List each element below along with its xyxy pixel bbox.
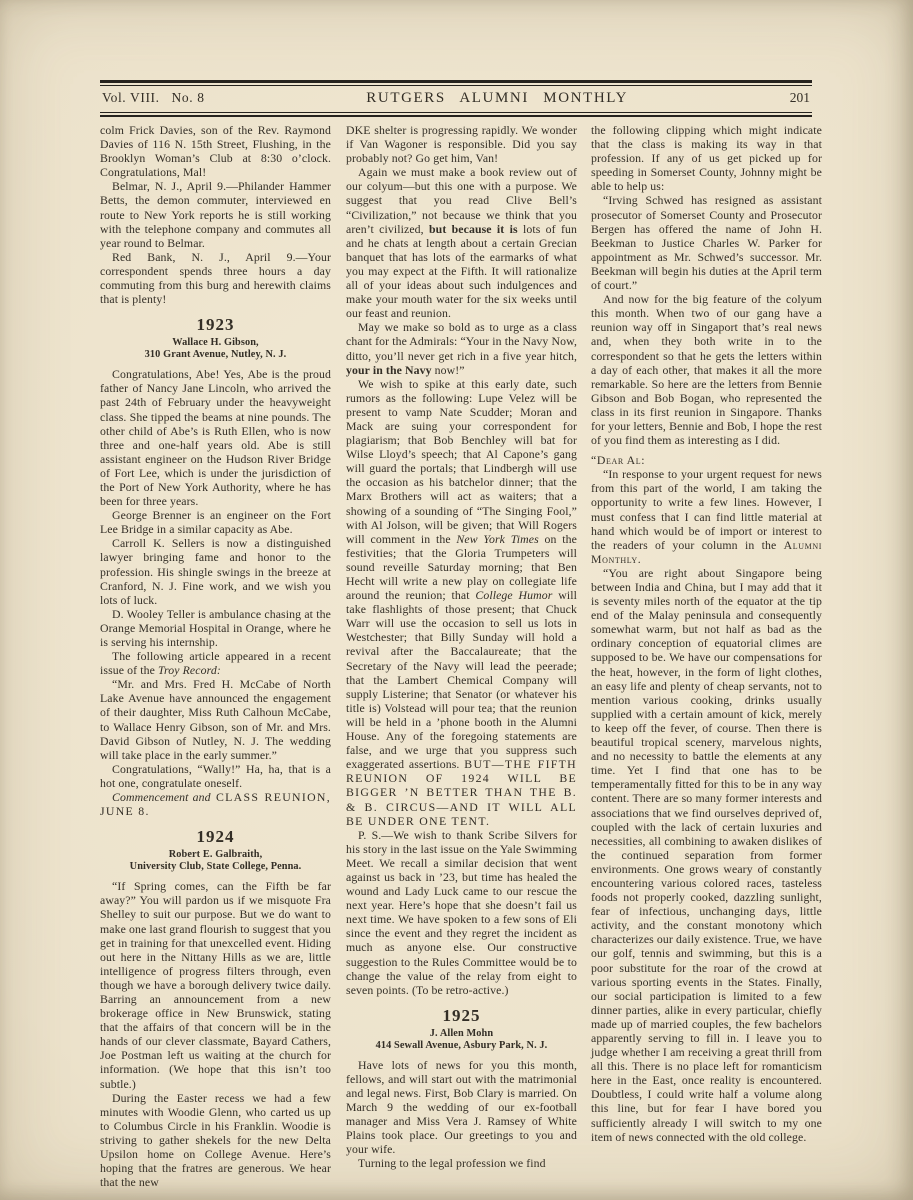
paragraph: D. Wooley Teller is ambulance chasing at… <box>100 607 331 649</box>
text-run: Have lots of news for you this month, fe… <box>346 1058 577 1157</box>
header-rule-thin-bottom <box>100 112 812 113</box>
text-run: “Dear Al: <box>591 453 645 467</box>
paragraph: Commencement and CLASS REUNION, JUNE 8. <box>100 790 331 818</box>
text-run: DKE shelter is progressing rapidly. We w… <box>346 123 577 165</box>
text-run: Congratulations, Abe! Yes, Abe is the pr… <box>100 367 331 508</box>
paragraph: “If Spring comes, can the Fifth be far a… <box>100 879 331 1090</box>
column-2: DKE shelter is progressing rapidly. We w… <box>346 123 577 1171</box>
text-run: Belmar, N. J., April 9.—Philander Hammer… <box>100 179 331 249</box>
text-run: “You are right about Singapore being bet… <box>591 566 822 1144</box>
paragraph: Turning to the legal profession we find <box>346 1156 577 1170</box>
paragraph: “You are right about Singapore being bet… <box>591 566 822 1144</box>
paragraph: “Dear Al: <box>591 453 822 467</box>
text-run: And now for the big feature of the colyu… <box>591 292 822 447</box>
text-run: Congratulations, “Wally!” Ha, ha, that i… <box>100 762 331 790</box>
paragraph: P. S.—We wish to thank Scribe Silvers fo… <box>346 828 577 997</box>
paragraph: The following article appeared in a rece… <box>100 649 331 677</box>
class-year-heading: 1925 <box>346 1006 577 1025</box>
paragraph: Again we must make a book review out of … <box>346 165 577 320</box>
paragraph: George Brenner is an engineer on the For… <box>100 508 331 536</box>
text-run: New York Times <box>456 532 538 546</box>
text-run: lots of fun and he chats at length about… <box>346 222 577 321</box>
text-run: P. S.—We wish to thank Scribe Silvers fo… <box>346 828 577 997</box>
text-run: College Humor <box>475 588 552 602</box>
text-run: We wish to spike at this early date, suc… <box>346 377 577 546</box>
paragraph: DKE shelter is progressing rapidly. We w… <box>346 123 577 165</box>
paragraph: And now for the big feature of the colyu… <box>591 292 822 447</box>
paragraph: Red Bank, N. J., April 9.—Your correspon… <box>100 250 331 306</box>
text-run: your in the Navy <box>346 363 432 377</box>
column-1: colm Frick Davies, son of the Rev. Raymo… <box>100 123 331 1189</box>
paragraph: Congratulations, Abe! Yes, Abe is the pr… <box>100 367 331 508</box>
text-run: Carroll K. Sellers is now a distinguishe… <box>100 536 331 606</box>
paragraph: May we make so bold as to urge as a clas… <box>346 320 577 376</box>
class-secretary-name: Wallace H. Gibson, <box>100 337 331 349</box>
class-secretary-address: 414 Sewall Avenue, Asbury Park, N. J. <box>346 1040 577 1052</box>
text-run: Commencement and <box>112 790 211 804</box>
paragraph: colm Frick Davies, son of the Rev. Raymo… <box>100 123 331 179</box>
class-secretary-name: Robert E. Galbraith, <box>100 849 331 861</box>
column-3: the following clipping which might indic… <box>591 123 822 1144</box>
page-header: Vol. VIII. No. 8 RUTGERS ALUMNI MONTHLY … <box>100 80 812 117</box>
magazine-page: { "header": { "volume": "Vol. VIII. No. … <box>0 0 913 1200</box>
text-run: will take flashlights of those present; … <box>346 588 577 771</box>
paragraph: During the Easter recess we had a few mi… <box>100 1091 331 1190</box>
text-run: colm Frick Davies, son of the Rev. Raymo… <box>100 123 331 179</box>
text-run: Turning to the legal profession we find <box>358 1156 546 1170</box>
paragraph: We wish to spike at this early date, suc… <box>346 377 577 828</box>
class-year-heading: 1923 <box>100 315 331 334</box>
text-run: the following clipping which might indic… <box>591 123 822 193</box>
text-run: Troy Record: <box>158 663 221 677</box>
text-run: May we make so bold as to urge as a clas… <box>346 320 577 362</box>
paragraph: “Irving Schwed has resigned as assistant… <box>591 193 822 292</box>
text-run: George Brenner is an engineer on the For… <box>100 508 331 536</box>
text-run: . <box>638 552 641 566</box>
header-rule-thick-bottom <box>100 115 812 117</box>
paragraph: Congratulations, “Wally!” Ha, ha, that i… <box>100 762 331 790</box>
class-secretary-name: J. Allen Mohn <box>346 1028 577 1040</box>
class-secretary-address: 310 Grant Avenue, Nutley, N. J. <box>100 349 331 361</box>
class-year-heading: 1924 <box>100 827 331 846</box>
text-run: “Irving Schwed has resigned as assistant… <box>591 193 822 292</box>
header-row: Vol. VIII. No. 8 RUTGERS ALUMNI MONTHLY … <box>100 86 812 112</box>
header-rule-thick-top <box>100 80 812 83</box>
paragraph: “Mr. and Mrs. Fred H. McCabe of North La… <box>100 677 331 762</box>
text-run: “Mr. and Mrs. Fred H. McCabe of North La… <box>100 677 331 761</box>
text-run: Red Bank, N. J., April 9.—Your correspon… <box>100 250 331 306</box>
class-secretary-address: University Club, State College, Penna. <box>100 861 331 873</box>
text-run: now!” <box>432 363 465 377</box>
page-number: 201 <box>790 90 810 106</box>
paragraph: Belmar, N. J., April 9.—Philander Hammer… <box>100 179 331 249</box>
text-run: D. Wooley Teller is ambulance chasing at… <box>100 607 331 649</box>
text-run: “If Spring comes, can the Fifth be far a… <box>100 879 331 1090</box>
paragraph: “In response to your urgent request for … <box>591 467 822 566</box>
publication-title: RUTGERS ALUMNI MONTHLY <box>366 90 628 107</box>
paragraph: Have lots of news for you this month, fe… <box>346 1058 577 1157</box>
text-run: During the Easter recess we had a few mi… <box>100 1091 331 1190</box>
text-run: but because it is <box>429 222 518 236</box>
paragraph: the following clipping which might indic… <box>591 123 822 193</box>
volume-issue-label: Vol. VIII. No. 8 <box>102 90 205 106</box>
paragraph: Carroll K. Sellers is now a distinguishe… <box>100 536 331 606</box>
